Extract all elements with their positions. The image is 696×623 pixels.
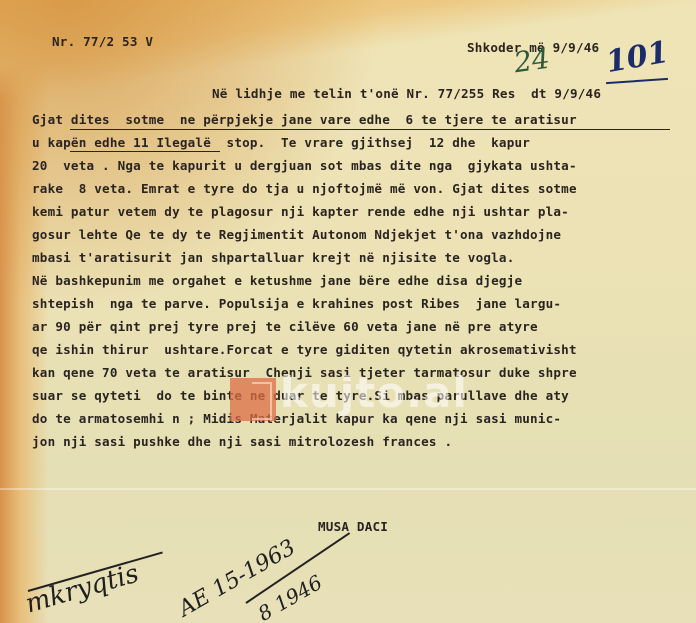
underline xyxy=(70,129,670,130)
body-line: gosur lehte Qe te dy te Regjimentit Auto… xyxy=(32,227,561,242)
reference-number: Nr. 77/2 53 V xyxy=(52,34,153,49)
body-line: Në bashkepunim me orgahet e ketushme jan… xyxy=(32,273,522,288)
body-line: Gjat dites sotme ne përpjekje jane vare … xyxy=(32,112,577,127)
body-line: jon nji sasi pushke dhe nji sasi mitrolo… xyxy=(32,434,452,449)
reference-line: Në lidhje me telin t'onë Nr. 77/255 Res … xyxy=(212,86,601,101)
body-line: rake 8 veta. Emrat e tyre do tja u njoft… xyxy=(32,181,577,196)
signature-name: MUSA DACI xyxy=(318,519,388,534)
handwritten-green-number: 24 xyxy=(512,42,552,80)
paper-fold xyxy=(0,488,696,490)
body-line: u kapën edhe 11 Ilegalë stop. Te vrare g… xyxy=(32,135,530,150)
body-line: mbasi t'aratisurit jan shpartalluar krej… xyxy=(32,250,515,265)
body-line: ar 90 për qint prej tyre prej te cilëve … xyxy=(32,319,538,334)
body-line: shtepish nga te parve. Populsija e krahi… xyxy=(32,296,561,311)
body-line: 20 veta . Nga te kapurit u dergjuan sot … xyxy=(32,158,577,173)
watermark-text: kujto.al xyxy=(280,368,468,417)
underline xyxy=(70,151,220,152)
body-line: kemi patur vetem dy te plagosur nji kapt… xyxy=(32,204,569,219)
watermark-logo-inner xyxy=(252,382,272,420)
body-line: qe ishin thirur ushtare.Forcat e tyre gi… xyxy=(32,342,577,357)
